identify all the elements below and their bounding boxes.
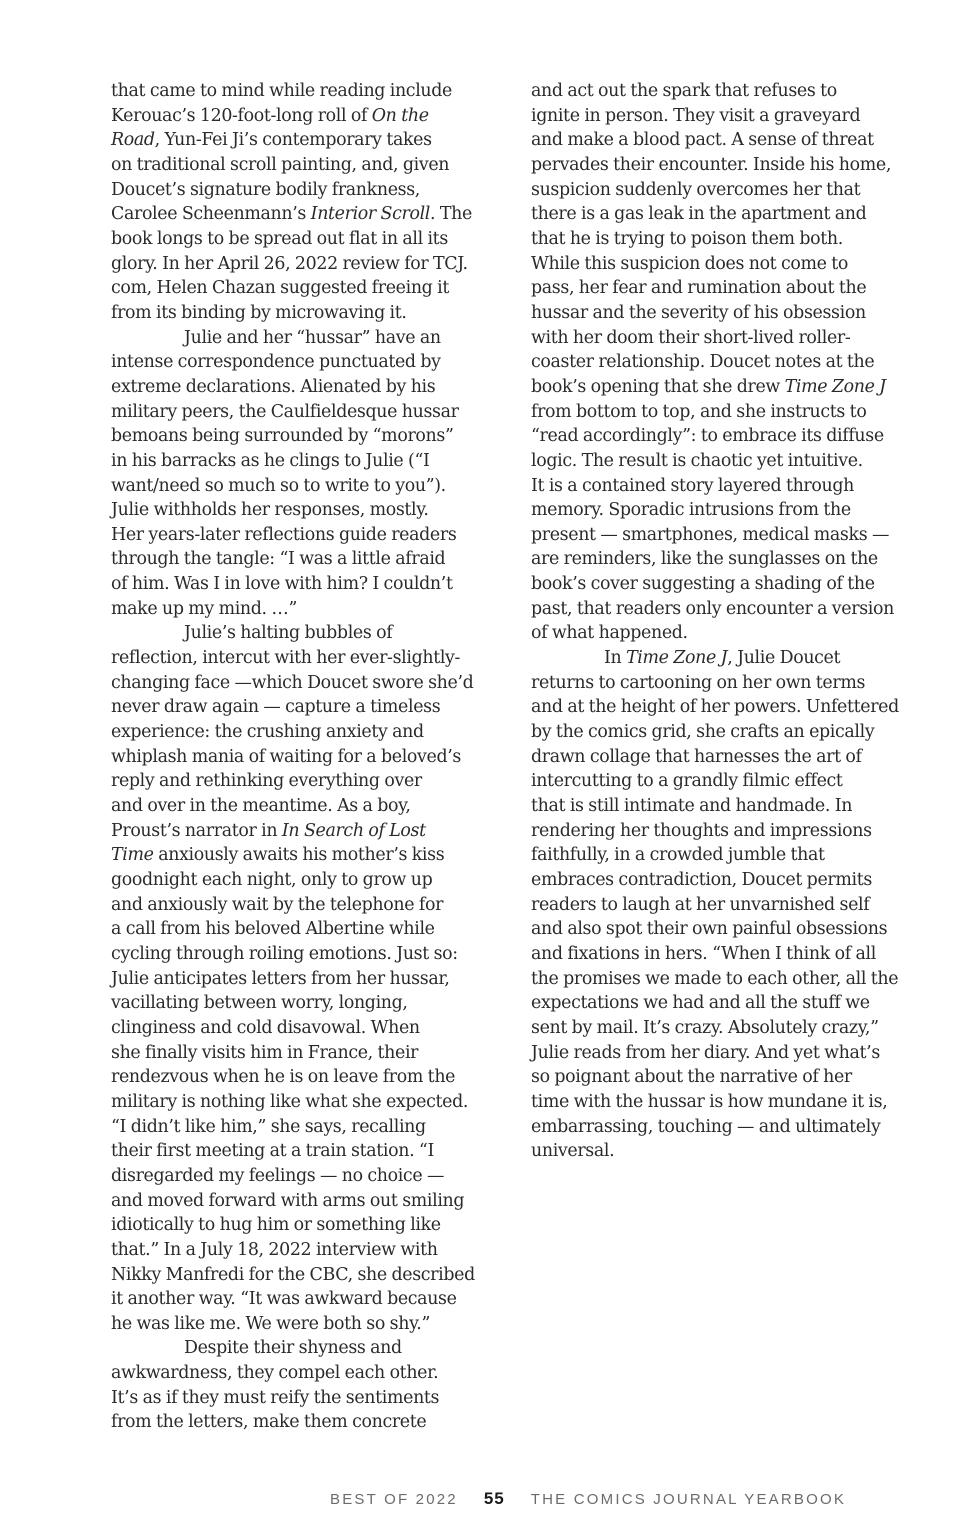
line-text: Her years-later reflections guide reader…: [111, 525, 456, 545]
text-line: past, that readers only encounter a vers…: [531, 597, 921, 622]
text-line: he was like me. We were both so shy.”: [111, 1312, 496, 1337]
line-text: that came to mind while reading include: [111, 81, 452, 101]
line-text: Kerouac’s 120-foot-long roll of: [111, 106, 372, 126]
text-line: disregarded my feelings — no choice —: [111, 1164, 496, 1189]
text-line: it another way. “It was awkward because: [111, 1287, 496, 1312]
text-line: military peers, the Caulfieldesque hussa…: [111, 400, 496, 425]
line-text: rendezvous when he is on leave from the: [111, 1067, 455, 1087]
text-line: Kerouac’s 120-foot-long roll of On the: [111, 104, 496, 129]
text-line: and fixations in hers. “When I think of …: [531, 942, 921, 967]
text-line: pervades their encounter. Inside his hom…: [531, 153, 921, 178]
line-text: of him. Was I in love with him? I couldn…: [111, 574, 453, 594]
line-text: and act out the spark that refuses to: [531, 81, 837, 101]
text-line: drawn collage that harnesses the art of: [531, 745, 921, 770]
line-text: Doucet’s signature bodily frankness,: [111, 180, 420, 200]
line-text: idiotically to hug him or something like: [111, 1215, 441, 1235]
text-line: are reminders, like the sunglasses on th…: [531, 547, 921, 572]
line-text: suspicion suddenly overcomes her that: [531, 180, 860, 200]
text-line: Julie and her “hussar” have an: [111, 326, 496, 351]
line-text: Nikky Manfredi for the CBC, she describe…: [111, 1265, 475, 1285]
line-text: from bottom to top, and she instructs to: [531, 402, 866, 422]
line-text: Despite their shyness and: [184, 1338, 402, 1358]
page-footer: BEST OF 202255THE COMICS JOURNAL YEARBOO…: [330, 1489, 846, 1509]
line-text: pass, her fear and rumination about the: [531, 278, 866, 298]
text-line: extreme declarations. Alienated by his: [111, 375, 496, 400]
line-text: through the tangle: “I was a little afra…: [111, 549, 445, 569]
line-text: glory. In her April 26, 2022 review for …: [111, 254, 468, 274]
line-text: expectations we had and all the stuff we: [531, 993, 870, 1013]
text-line: from the letters, make them concrete: [111, 1410, 496, 1435]
line-text: make up my mind. …”: [111, 599, 297, 619]
text-line: and over in the meantime. As a boy,: [111, 794, 496, 819]
text-line: clinginess and cold disavowal. When: [111, 1016, 496, 1041]
text-line: intense correspondence punctuated by: [111, 350, 496, 375]
line-text: time with the hussar is how mundane it i…: [531, 1092, 887, 1112]
line-text: embarrassing, touching — and ultimately: [531, 1117, 880, 1137]
line-text: and also spot their own painful obsessio…: [531, 919, 887, 939]
text-line: glory. In her April 26, 2022 review for …: [111, 252, 496, 277]
text-line: Julie anticipates letters from her hussa…: [111, 967, 496, 992]
line-text: “read accordingly”: to embrace its diffu…: [531, 426, 884, 446]
line-text: and make a blood pact. A sense of threat: [531, 130, 874, 150]
italic-title: Interior Scroll: [311, 204, 430, 224]
line-text: com, Helen Chazan suggested freeing it: [111, 278, 449, 298]
text-line: book’s cover suggesting a shading of the: [531, 572, 921, 597]
text-line: never draw again — capture a timeless: [111, 695, 496, 720]
text-line: Her years-later reflections guide reader…: [111, 523, 496, 548]
line-text: she finally visits him in France, their: [111, 1043, 418, 1063]
text-line: embarrassing, touching — and ultimately: [531, 1115, 921, 1140]
line-text: embraces contradiction, Doucet permits: [531, 870, 872, 890]
text-line: coaster relationship. Doucet notes at th…: [531, 350, 921, 375]
text-line: pass, her fear and rumination about the: [531, 276, 921, 301]
line-text: “I didn’t like him,” she says, recalling: [111, 1117, 426, 1137]
text-line: with her doom their short-lived roller-: [531, 326, 921, 351]
text-line: and act out the spark that refuses to: [531, 79, 921, 104]
line-text: coaster relationship. Doucet notes at th…: [531, 352, 874, 372]
text-line: a call from his beloved Albertine while: [111, 917, 496, 942]
text-line: In Time Zone J, Julie Doucet: [531, 646, 921, 671]
text-line: Carolee Scheenmann’s Interior Scroll. Th…: [111, 202, 496, 227]
line-text: readers to laugh at her unvarnished self: [531, 895, 869, 915]
line-text: that is still intimate and handmade. In: [531, 796, 852, 816]
text-line: and anxiously wait by the telephone for: [111, 893, 496, 918]
line-text: clinginess and cold disavowal. When: [111, 1018, 420, 1038]
line-text: , Yun-Fei Ji’s contemporary takes: [155, 130, 432, 150]
text-line: rendering her thoughts and impressions: [531, 819, 921, 844]
line-text: book’s opening that she drew: [531, 377, 785, 397]
text-line: whiplash mania of waiting for a beloved’…: [111, 745, 496, 770]
line-text: sent by mail. It’s crazy. Absolutely cra…: [531, 1018, 879, 1038]
italic-title: Time: [111, 845, 154, 865]
line-text: of what happened.: [531, 623, 688, 643]
line-text: present — smartphones, medical masks —: [531, 525, 889, 545]
text-line: expectations we had and all the stuff we: [531, 991, 921, 1016]
line-text: rendering her thoughts and impressions: [531, 821, 872, 841]
line-text: While this suspicion does not come to: [531, 254, 848, 274]
text-line: suspicion suddenly overcomes her that: [531, 178, 921, 203]
line-text: on traditional scroll painting, and, giv…: [111, 155, 449, 175]
line-text: Carolee Scheenmann’s: [111, 204, 311, 224]
text-line: Doucet’s signature bodily frankness,: [111, 178, 496, 203]
line-text: and fixations in hers. “When I think of …: [531, 944, 876, 964]
line-text: logic. The result is chaotic yet intuiti…: [531, 451, 863, 471]
text-line: time with the hussar is how mundane it i…: [531, 1090, 921, 1115]
text-line: Nikky Manfredi for the CBC, she describe…: [111, 1263, 496, 1288]
line-text: he was like me. We were both so shy.”: [111, 1314, 430, 1334]
italic-title: Time Zone J: [785, 377, 886, 397]
text-line: that is still intimate and handmade. In: [531, 794, 921, 819]
line-text: their first meeting at a train station. …: [111, 1141, 434, 1161]
text-line: and at the height of her powers. Unfette…: [531, 695, 921, 720]
line-text: with her doom their short-lived roller-: [531, 328, 850, 348]
line-text: cycling through roiling emotions. Just s…: [111, 944, 458, 964]
line-text: and at the height of her powers. Unfette…: [531, 697, 899, 717]
line-text: reflection, intercut with her ever-sligh…: [111, 648, 460, 668]
text-line: awkwardness, they compel each other.: [111, 1361, 496, 1386]
text-line: faithfully, in a crowded jumble that: [531, 843, 921, 868]
text-line: It is a contained story layered through: [531, 474, 921, 499]
text-line: embraces contradiction, Doucet permits: [531, 868, 921, 893]
text-line: on traditional scroll painting, and, giv…: [111, 153, 496, 178]
italic-title: On the: [372, 106, 429, 126]
line-text: experience: the crushing anxiety and: [111, 722, 424, 742]
line-text: and over in the meantime. As a boy,: [111, 796, 411, 816]
line-text: reply and rethinking everything over: [111, 771, 422, 791]
left-text-column: that came to mind while reading includeK…: [111, 79, 496, 1435]
line-text: that.” In a July 18, 2022 interview with: [111, 1240, 438, 1260]
line-text: that he is trying to poison them both.: [531, 229, 843, 249]
line-text: are reminders, like the sunglasses on th…: [531, 549, 878, 569]
text-line: from its binding by microwaving it.: [111, 301, 496, 326]
line-text: Julie’s halting bubbles of: [184, 623, 392, 643]
text-line: com, Helen Chazan suggested freeing it: [111, 276, 496, 301]
line-text: Julie withholds her responses, mostly.: [111, 500, 429, 520]
text-line: military is nothing like what she expect…: [111, 1090, 496, 1115]
text-line: from bottom to top, and she instructs to: [531, 400, 921, 425]
line-text: there is a gas leak in the apartment and: [531, 204, 866, 224]
text-line: through the tangle: “I was a little afra…: [111, 547, 496, 572]
text-line: and moved forward with arms out smiling: [111, 1189, 496, 1214]
text-line: there is a gas leak in the apartment and: [531, 202, 921, 227]
text-line: in his barracks as he clings to Julie (“…: [111, 449, 496, 474]
text-line: It’s as if they must reify the sentiment…: [111, 1386, 496, 1411]
text-line: present — smartphones, medical masks —: [531, 523, 921, 548]
text-line: and also spot their own painful obsessio…: [531, 917, 921, 942]
line-text: memory. Sporadic intrusions from the: [531, 500, 851, 520]
text-line: Road, Yun-Fei Ji’s contemporary takes: [111, 128, 496, 153]
line-text: Julie reads from her diary. And yet what…: [531, 1043, 880, 1063]
line-text: so poignant about the narrative of her: [531, 1067, 852, 1087]
line-text: returns to cartooning on her own terms: [531, 673, 865, 693]
text-line: universal.: [531, 1139, 921, 1164]
line-text: bemoans being surrounded by “morons”: [111, 426, 454, 446]
text-line: that.” In a July 18, 2022 interview with: [111, 1238, 496, 1263]
text-line: make up my mind. …”: [111, 597, 496, 622]
right-text-column: and act out the spark that refuses toign…: [531, 79, 921, 1164]
text-line: rendezvous when he is on leave from the: [111, 1065, 496, 1090]
line-text: Julie anticipates letters from her hussa…: [111, 969, 450, 989]
line-text: In: [604, 648, 626, 668]
text-line: logic. The result is chaotic yet intuiti…: [531, 449, 921, 474]
text-line: hussar and the severity of his obsession: [531, 301, 921, 326]
line-text: pervades their encounter. Inside his hom…: [531, 155, 891, 175]
line-text: , Julie Doucet: [727, 648, 840, 668]
line-text: the promises we made to each other, all …: [531, 969, 898, 989]
text-line: returns to cartooning on her own terms: [531, 671, 921, 696]
text-line: goodnight each night, only to grow up: [111, 868, 496, 893]
text-line: the promises we made to each other, all …: [531, 967, 921, 992]
text-line: idiotically to hug him or something like: [111, 1213, 496, 1238]
line-text: Proust’s narrator in: [111, 821, 282, 841]
text-line: Julie’s halting bubbles of: [111, 621, 496, 646]
line-text: from its binding by microwaving it.: [111, 303, 407, 323]
text-line: their first meeting at a train station. …: [111, 1139, 496, 1164]
line-text: never draw again — capture a timeless: [111, 697, 440, 717]
text-line: book’s opening that she drew Time Zone J: [531, 375, 921, 400]
text-line: reply and rethinking everything over: [111, 769, 496, 794]
text-line: she finally visits him in France, their: [111, 1041, 496, 1066]
text-line: vacillating between worry, longing,: [111, 991, 496, 1016]
text-line: While this suspicion does not come to: [531, 252, 921, 277]
text-line: that he is trying to poison them both.: [531, 227, 921, 252]
text-line: Time anxiously awaits his mother’s kiss: [111, 843, 496, 868]
text-line: memory. Sporadic intrusions from the: [531, 498, 921, 523]
text-line: Julie withholds her responses, mostly.: [111, 498, 496, 523]
line-text: want/need so much so to write to you”).: [111, 476, 446, 496]
text-line: of what happened.: [531, 621, 921, 646]
line-text: ignite in person. They visit a graveyard: [531, 106, 860, 126]
line-text: book longs to be spread out flat in all …: [111, 229, 448, 249]
line-text: disregarded my feelings — no choice —: [111, 1166, 444, 1186]
text-line: so poignant about the narrative of her: [531, 1065, 921, 1090]
line-text: it another way. “It was awkward because: [111, 1289, 457, 1309]
line-text: a call from his beloved Albertine while: [111, 919, 435, 939]
text-line: by the comics grid, she crafts an epical…: [531, 720, 921, 745]
line-text: intense correspondence punctuated by: [111, 352, 441, 372]
text-line: intercutting to a grandly filmic effect: [531, 769, 921, 794]
italic-title: In Search of Lost: [282, 821, 426, 841]
footer-publication-label: BEST OF 2022: [330, 1491, 458, 1508]
text-line: and make a blood pact. A sense of threat: [531, 128, 921, 153]
line-text: drawn collage that harnesses the art of: [531, 747, 862, 767]
text-line: readers to laugh at her unvarnished self: [531, 893, 921, 918]
line-text: past, that readers only encounter a vers…: [531, 599, 894, 619]
line-text: whiplash mania of waiting for a beloved’…: [111, 747, 461, 767]
line-text: awkwardness, they compel each other.: [111, 1363, 438, 1383]
text-line: “I didn’t like him,” she says, recalling: [111, 1115, 496, 1140]
line-text: and anxiously wait by the telephone for: [111, 895, 443, 915]
line-text: Julie and her “hussar” have an: [184, 328, 441, 348]
line-text: book’s cover suggesting a shading of the: [531, 574, 875, 594]
line-text: military is nothing like what she expect…: [111, 1092, 468, 1112]
italic-title: Time Zone J: [626, 648, 727, 668]
line-text: in his barracks as he clings to Julie (“…: [111, 451, 430, 471]
text-line: bemoans being surrounded by “morons”: [111, 424, 496, 449]
line-text: anxiously awaits his mother’s kiss: [154, 845, 445, 865]
line-text: extreme declarations. Alienated by his: [111, 377, 435, 397]
line-text: goodnight each night, only to grow up: [111, 870, 432, 890]
line-text: hussar and the severity of his obsession: [531, 303, 866, 323]
line-text: changing face —which Doucet swore she’d: [111, 673, 473, 693]
line-text: and moved forward with arms out smiling: [111, 1191, 464, 1211]
text-line: ignite in person. They visit a graveyard: [531, 104, 921, 129]
text-line: Julie reads from her diary. And yet what…: [531, 1041, 921, 1066]
line-text: vacillating between worry, longing,: [111, 993, 408, 1013]
line-text: It is a contained story layered through: [531, 476, 854, 496]
line-text: . The: [430, 204, 472, 224]
text-line: sent by mail. It’s crazy. Absolutely cra…: [531, 1016, 921, 1041]
text-line: Proust’s narrator in In Search of Lost: [111, 819, 496, 844]
page-number: 55: [484, 1489, 505, 1508]
text-line: that came to mind while reading include: [111, 79, 496, 104]
italic-title: Road: [111, 130, 155, 150]
line-text: by the comics grid, she crafts an epical…: [531, 722, 874, 742]
text-line: of him. Was I in love with him? I couldn…: [111, 572, 496, 597]
text-line: want/need so much so to write to you”).: [111, 474, 496, 499]
text-line: Despite their shyness and: [111, 1336, 496, 1361]
text-line: cycling through roiling emotions. Just s…: [111, 942, 496, 967]
line-text: It’s as if they must reify the sentiment…: [111, 1388, 439, 1408]
line-text: universal.: [531, 1141, 614, 1161]
text-line: book longs to be spread out flat in all …: [111, 227, 496, 252]
text-line: changing face —which Doucet swore she’d: [111, 671, 496, 696]
line-text: intercutting to a grandly filmic effect: [531, 771, 843, 791]
text-line: reflection, intercut with her ever-sligh…: [111, 646, 496, 671]
line-text: from the letters, make them concrete: [111, 1412, 426, 1432]
text-line: experience: the crushing anxiety and: [111, 720, 496, 745]
text-line: “read accordingly”: to embrace its diffu…: [531, 424, 921, 449]
line-text: faithfully, in a crowded jumble that: [531, 845, 825, 865]
line-text: military peers, the Caulfieldesque hussa…: [111, 402, 459, 422]
footer-journal-label: THE COMICS JOURNAL YEARBOOK: [531, 1491, 846, 1508]
